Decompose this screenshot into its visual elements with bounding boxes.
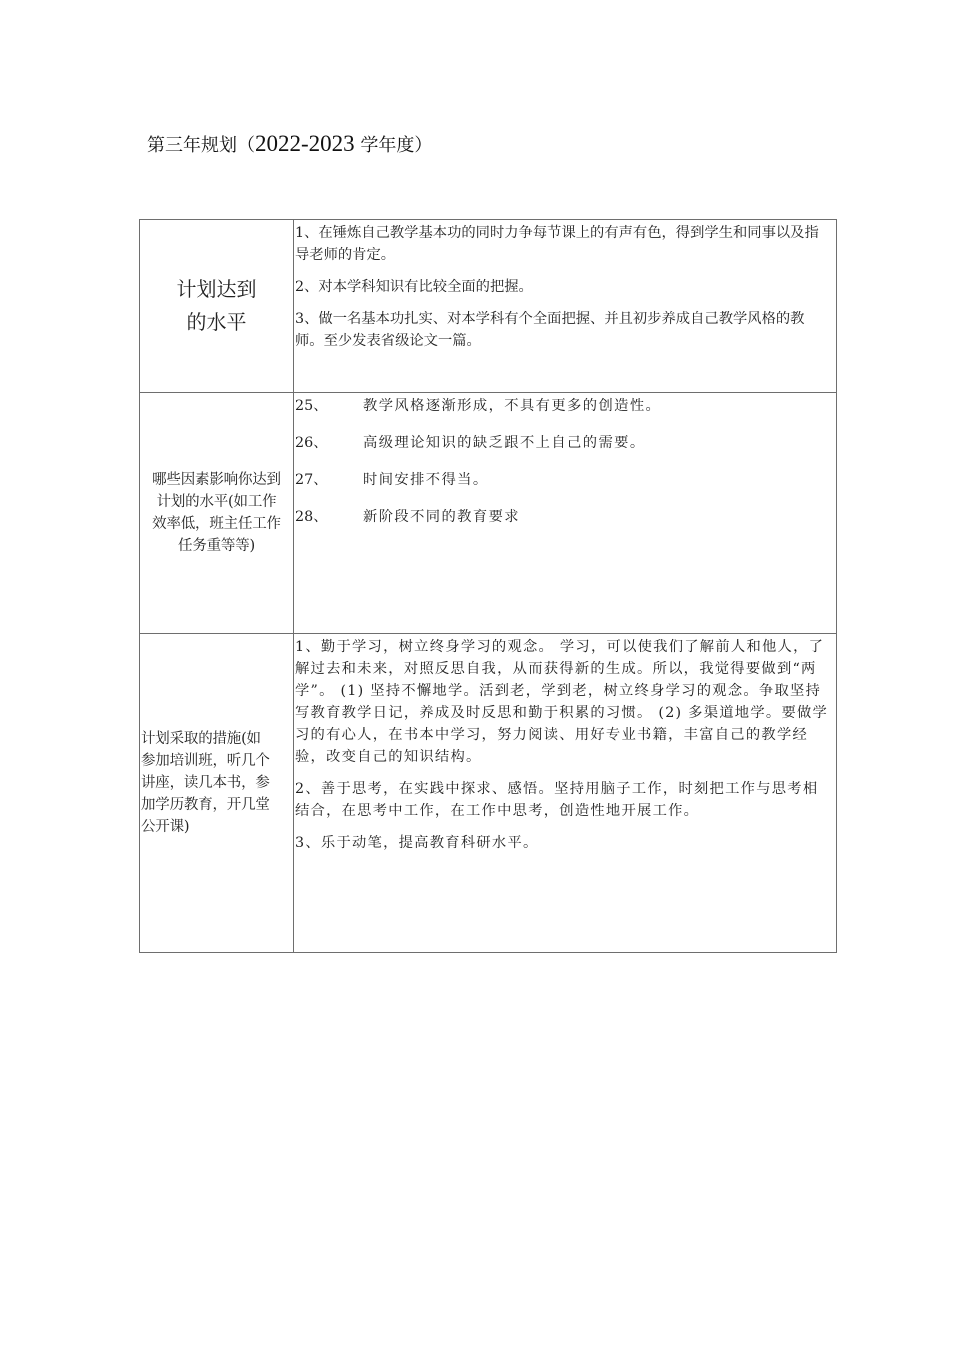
title-suffix: 学年度）	[355, 135, 433, 156]
item-number: 27、	[295, 469, 363, 491]
item-number: 26、	[295, 432, 363, 454]
list-item: 2、善于思考，在实践中探求、感悟。坚持用脑子工作，时刻把工作与思考相结合，在思考…	[295, 778, 832, 822]
row-content-cell: 1、勤于学习，树立终身学习的观念。 学习，可以使我们了解前人和他人，了解过去和未…	[294, 634, 837, 953]
target-level-content: 1、在锤炼自己教学基本功的同时力争每节课上的有声有色，得到学生和同事以及指导老师…	[294, 220, 836, 352]
label-line: 效率低，班主任工作	[140, 513, 293, 535]
table-row-factors: 哪些因素影响你达到 计划的水平(如工作 效率低，班主任工作 任务重等等) 25、…	[140, 393, 837, 634]
item-text: 高级理论知识的缺乏跟不上自己的需要。	[363, 432, 646, 454]
row-label-factors: 哪些因素影响你达到 计划的水平(如工作 效率低，班主任工作 任务重等等)	[140, 469, 293, 557]
row-label-cell: 计划采取的措施(如 参加培训班，听几个 讲座，读几本书，参 加学历教育，开几堂 …	[140, 634, 294, 953]
row-label-cell: 计划达到 的水平	[140, 220, 294, 393]
row-label-target-level: 计划达到 的水平	[140, 273, 293, 339]
page-title: 第三年规划（2022-2023 学年度）	[147, 131, 432, 159]
list-item: 3、乐于动笔，提高教育科研水平。	[295, 832, 832, 854]
label-line: 计划的水平(如工作	[140, 491, 293, 513]
table-row-measures: 计划采取的措施(如 参加培训班，听几个 讲座，读几本书，参 加学历教育，开几堂 …	[140, 634, 837, 953]
item-text: 教学风格逐渐形成，不具有更多的创造性。	[363, 395, 661, 417]
item-number: 25、	[295, 395, 363, 417]
list-item: 2、对本学科知识有比较全面的把握。	[295, 276, 832, 298]
list-item: 3、做一名基本功扎实、对本学科有个全面把握、并且初步养成自己教学风格的教师。至少…	[295, 308, 832, 352]
row-label-cell: 哪些因素影响你达到 计划的水平(如工作 效率低，班主任工作 任务重等等)	[140, 393, 294, 634]
list-item: 1、勤于学习，树立终身学习的观念。 学习，可以使我们了解前人和他人，了解过去和未…	[295, 636, 832, 768]
label-line: 讲座，读几本书，参	[141, 772, 293, 794]
list-item: 25、 教学风格逐渐形成，不具有更多的创造性。	[295, 395, 832, 417]
title-years: 2022-2023	[255, 131, 355, 156]
table-row-target-level: 计划达到 的水平 1、在锤炼自己教学基本功的同时力争每节课上的有声有色，得到学生…	[140, 220, 837, 393]
item-number: 28、	[295, 506, 363, 528]
label-line: 任务重等等)	[140, 535, 293, 557]
row-content-cell: 25、 教学风格逐渐形成，不具有更多的创造性。 26、 高级理论知识的缺乏跟不上…	[294, 393, 837, 634]
label-line: 哪些因素影响你达到	[140, 469, 293, 491]
label-line: 计划达到	[140, 273, 293, 306]
label-line: 参加培训班，听几个	[141, 750, 293, 772]
list-item: 26、 高级理论知识的缺乏跟不上自己的需要。	[295, 432, 832, 454]
list-item: 27、 时间安排不得当。	[295, 469, 832, 491]
label-line: 加学历教育，开几堂	[141, 794, 293, 816]
label-line: 的水平	[140, 306, 293, 339]
item-text: 新阶段不同的教育要求	[363, 506, 520, 528]
item-text: 时间安排不得当。	[363, 469, 489, 491]
list-item: 28、 新阶段不同的教育要求	[295, 506, 832, 528]
row-label-measures: 计划采取的措施(如 参加培训班，听几个 讲座，读几本书，参 加学历教育，开几堂 …	[141, 728, 293, 838]
title-prefix: 第三年规划（	[147, 135, 255, 156]
plan-table: 计划达到 的水平 1、在锤炼自己教学基本功的同时力争每节课上的有声有色，得到学生…	[139, 219, 837, 953]
label-line: 公开课)	[141, 816, 293, 838]
factors-content: 25、 教学风格逐渐形成，不具有更多的创造性。 26、 高级理论知识的缺乏跟不上…	[294, 393, 836, 528]
row-content-cell: 1、在锤炼自己教学基本功的同时力争每节课上的有声有色，得到学生和同事以及指导老师…	[294, 220, 837, 393]
measures-content: 1、勤于学习，树立终身学习的观念。 学习，可以使我们了解前人和他人，了解过去和未…	[294, 634, 836, 854]
label-line: 计划采取的措施(如	[141, 728, 293, 750]
list-item: 1、在锤炼自己教学基本功的同时力争每节课上的有声有色，得到学生和同事以及指导老师…	[295, 222, 832, 266]
